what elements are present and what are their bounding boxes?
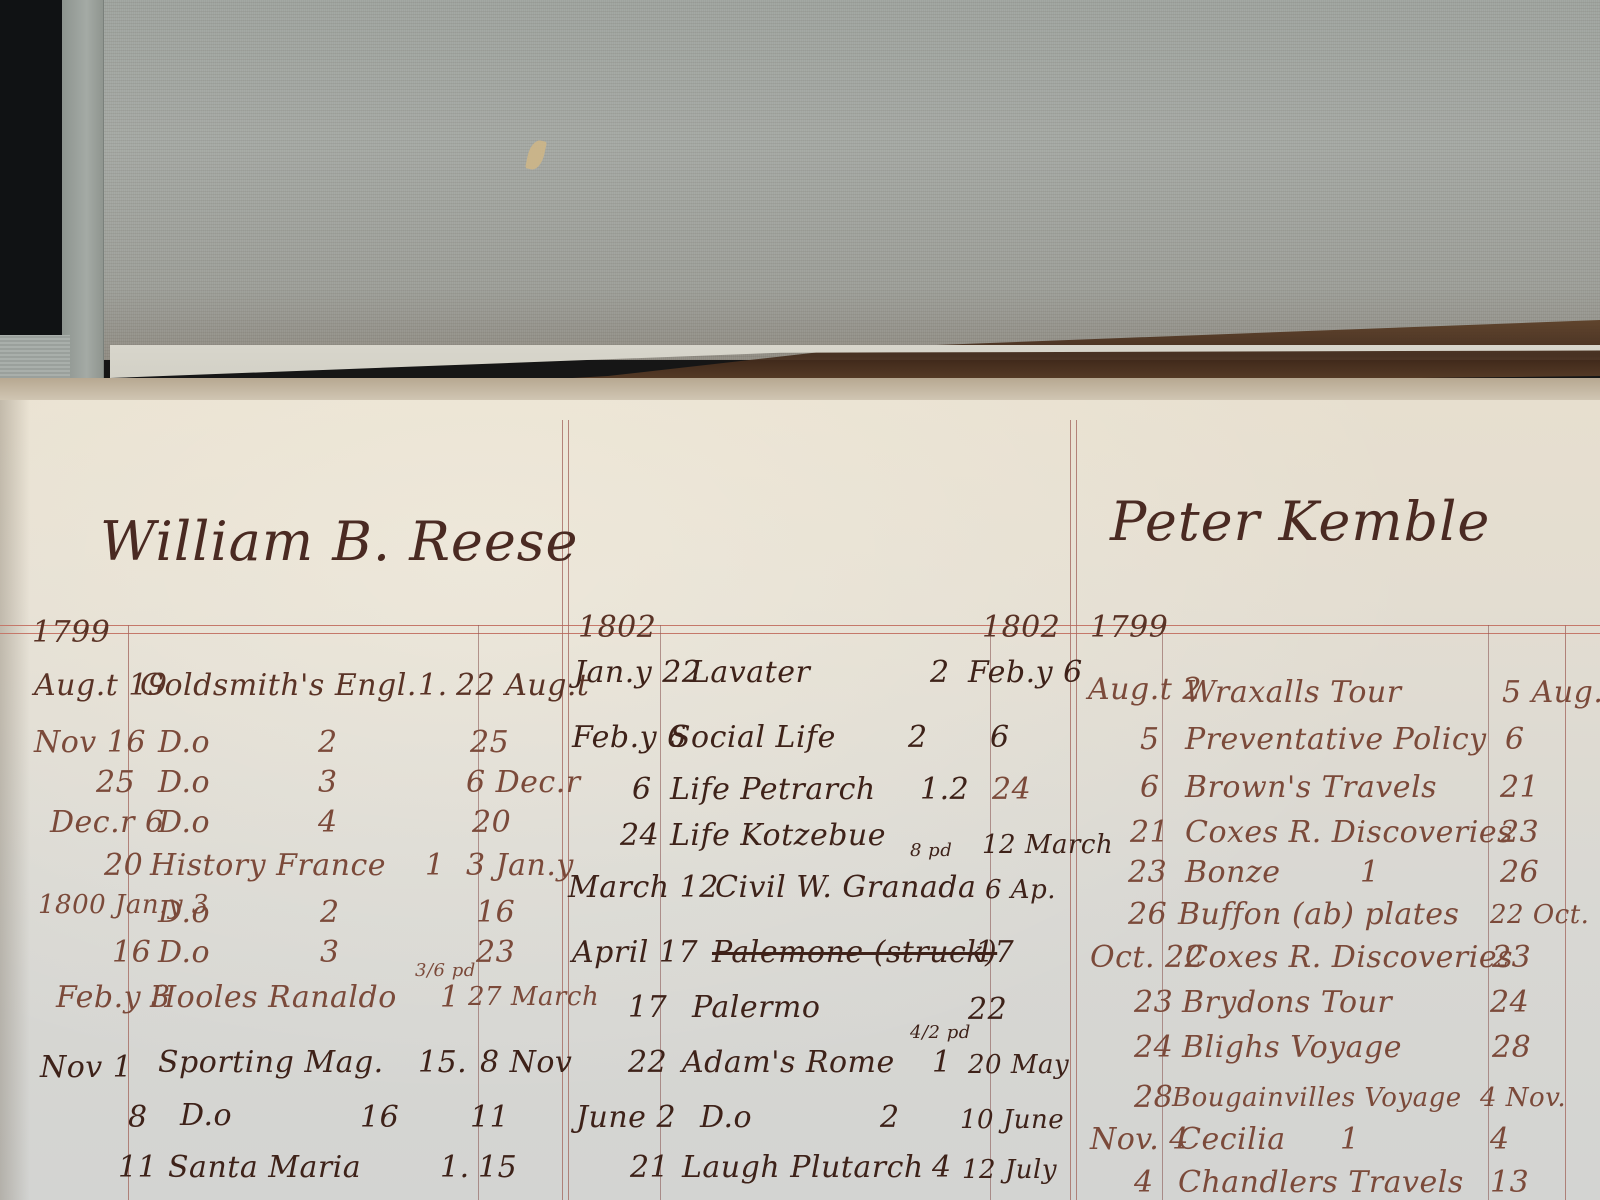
book-cover-cloth [62,0,1600,360]
year-middle: 1802 [578,610,656,645]
year-right: 1799 [1090,610,1168,645]
entry-returned: 17 [975,935,1014,970]
entry-date: 21 [1130,815,1169,850]
entry-vol: 1 [932,1045,952,1080]
entry-title: Civil W. Granada [715,870,976,905]
entry-vol: 15. [418,1045,467,1080]
entry-returned: 23 [1492,940,1531,975]
entry-returned: 23 [1500,815,1539,850]
account-name-right: Peter Kemble [1110,490,1490,553]
entry-title: Laugh Plutarch [682,1150,924,1185]
entry-date: 25 [96,765,135,800]
entry-title: D.o [158,935,210,970]
entry-date: March 12 [568,870,719,905]
entry-date: 26 [1128,897,1167,932]
entry-title: Hooles Ranaldo [150,980,397,1015]
entry-returned: 3 Jan.y [466,848,574,883]
entry-vol: 1 [440,980,460,1015]
entry-vol: 2 [930,655,950,690]
entry-date: 6 [1140,770,1160,805]
entry-date: 5 [1140,722,1160,757]
entry-returned: 23 [476,935,515,970]
entry-date: 20 [104,848,143,883]
entry-title: D.o [158,765,210,800]
entry-date: 11 [118,1150,157,1185]
entry-date: 23 [1134,985,1173,1020]
entry-returned: 8 Nov [480,1045,572,1080]
entry-title: Bougainvilles Voyage [1172,1083,1462,1113]
year-left: 1799 [32,615,110,650]
entry-vol: 2 [318,725,338,760]
entry-date: Nov. 4 [1090,1122,1189,1157]
entry-returned: 10 June [960,1105,1064,1135]
entry-vol: 4 [318,805,338,840]
col-rule [1070,420,1071,1200]
entry-title: Lavater [690,655,810,690]
entry-title: Coxes R. Discoveries [1185,815,1513,850]
entry-vol: 4 [932,1150,952,1185]
entry-title: Santa Maria [168,1150,361,1185]
col-rule [1488,625,1489,1200]
entry-title: D.o [700,1100,752,1135]
entry-returned: 5 Aug.t [1502,675,1600,710]
ledger-rule-top-2 [0,633,1600,634]
entry-title: Brydons Tour [1182,985,1392,1020]
entry-title: Palermo [692,990,820,1025]
entry-date: June 2 [576,1100,676,1135]
entry-vol: 1. [418,668,448,703]
entry-vol: 2 [908,720,928,755]
entry-title: Cecilia [1178,1122,1286,1157]
entry-vol: 16 [360,1100,399,1135]
entry-returned: 11 [470,1100,509,1135]
entry-returned: 4 [1490,1122,1510,1157]
entry-date: 16 [112,935,151,970]
entry-date: 6 [632,772,652,807]
entry-title: Life Petrarch [670,772,876,807]
entry-title: Social Life [670,720,836,755]
entry-title: History France [150,848,386,883]
entry-title: Sporting Mag. [158,1045,384,1080]
entry-vol: 1 [425,848,445,883]
entry-date: April 17 [572,935,698,970]
entry-date: 22 [628,1045,667,1080]
entry-title: D.o [180,1098,232,1133]
entry-title-struck: Palemone (struck) [712,935,997,970]
entry-vol: 1 [1340,1122,1360,1157]
entry-title: Wraxalls Tour [1185,675,1402,710]
entry-title: Goldsmith's Engl. [140,668,417,703]
entry-returned: 6 [990,720,1010,755]
ledger-rule-top [0,625,1600,626]
entry-returned: 6 Dec.r [466,765,581,800]
entry-returned: 6 Ap. [985,875,1056,905]
entry-payment-note: 8 pd [910,840,952,861]
entry-returned: 28 [1492,1030,1531,1065]
entry-title: Chandlers Travels [1178,1165,1464,1200]
entry-vol: 1.2 [920,772,969,807]
entry-returned: 15 [478,1150,517,1185]
entry-returned: 20 [472,805,511,840]
entry-title: Coxes R. Discoveries [1185,940,1513,975]
entry-vol: 1 [1360,855,1380,890]
entry-date: 21 [630,1150,669,1185]
entry-date: Nov 16 [34,725,146,760]
entry-returned: 26 [1500,855,1539,890]
entry-vol: 1. [440,1150,470,1185]
col-rule [1076,420,1077,1200]
entry-title: Bonze [1185,855,1281,890]
entry-returned: 22 Aug.t [456,668,590,703]
ledger-page: William B. Reese Peter Kemble 1799 1802 … [0,400,1600,1200]
entry-title: Buffon (ab) plates [1178,897,1459,932]
entry-date: 24 [620,818,659,853]
entry-returned: 24 [992,772,1031,807]
entry-returned: Feb.y 6 [968,655,1083,690]
entry-date: 28 [1134,1080,1173,1115]
entry-vol: 3 [320,935,340,970]
entry-returned: 21 [1500,770,1539,805]
entry-title: D.o [158,895,210,930]
entry-payment-note: 3/6 pd [415,960,476,981]
entry-title: Adam's Rome [682,1045,895,1080]
entry-title: Brown's Travels [1185,770,1437,805]
account-name-left: William B. Reese [100,510,578,573]
entry-returned: 25 [470,725,509,760]
year-middle-returned: 1802 [982,610,1060,645]
entry-date: Nov 1 [40,1050,132,1085]
page-gutter-shadow [0,400,30,1200]
entry-returned: 12 March [982,830,1113,860]
entry-returned: 22 [968,992,1007,1027]
entry-title: Life Kotzebue [670,818,886,853]
entry-date: 4 [1134,1165,1154,1200]
entry-returned: 12 July [962,1155,1057,1185]
entry-returned: 20 May [968,1050,1069,1080]
entry-title: Blighs Voyage [1182,1030,1402,1065]
entry-returned: 13 [1490,1165,1529,1200]
entry-returned: 27 March [468,982,599,1012]
entry-vol: 2 [320,895,340,930]
entry-date: 24 [1134,1030,1173,1065]
entry-returned: 6 [1505,722,1525,757]
entry-vol: 3 [318,765,338,800]
entry-date: 8 [128,1100,148,1135]
entry-returned: 22 Oct. [1490,900,1589,930]
entry-returned: 4 Nov. [1480,1083,1566,1113]
entry-title: D.o [158,805,210,840]
entry-title: D.o [158,725,210,760]
entry-returned: 24 [1490,985,1529,1020]
entry-payment-note: 4/2 pd [910,1022,971,1043]
entry-vol: 2 [880,1100,900,1135]
entry-date: Jan.y 22 [574,655,701,690]
entry-date: Dec.r 6 [50,805,165,840]
entry-title: Preventative Policy [1185,722,1487,757]
entry-date: 23 [1128,855,1167,890]
entry-date: 17 [628,990,667,1025]
entry-returned: 16 [476,895,515,930]
